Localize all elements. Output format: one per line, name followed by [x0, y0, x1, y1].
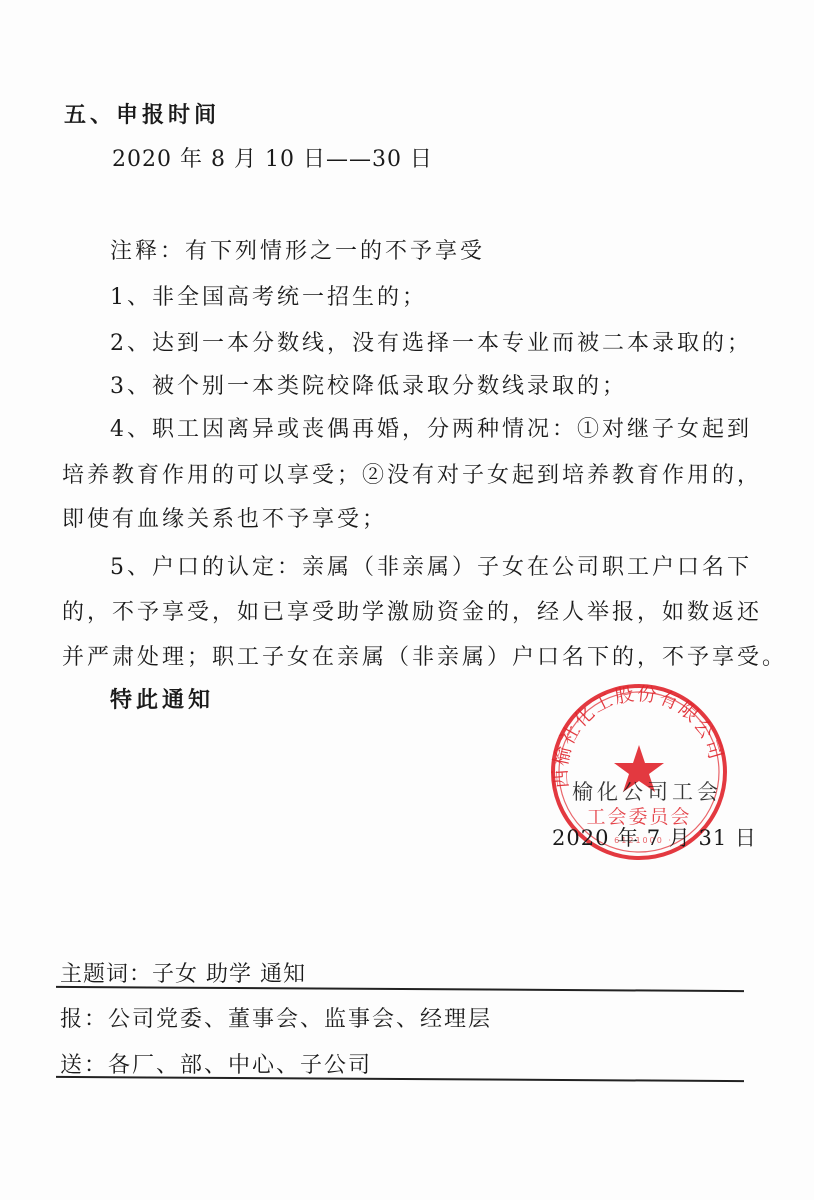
note-item-5-line-1: 5、户口的认定：亲属（非亲属）子女在公司职工户口名下	[110, 553, 752, 583]
svg-text:西榆社化工股份有限公司: 西榆社化工股份有限公司	[549, 683, 727, 789]
note-item-5-line-3: 并严肃处理；职工子女在亲属（非亲属）户口名下的，不予享受。	[62, 643, 787, 673]
signing-date: 2020 年 7 月 31 日	[552, 822, 757, 852]
stamp-outer-text: 西榆社化工股份有限公司	[549, 683, 727, 789]
note-item-1: 1、非全国高考统一招生的；	[110, 283, 427, 313]
signing-organization: 榆化公司工会	[572, 776, 722, 806]
notes-intro: 注释：有下列情形之一的不予享受	[110, 237, 485, 267]
note-item-4-line-2: 培养教育作用的可以享受；②没有对子女起到培养教育作用的，	[62, 461, 762, 491]
note-item-2: 2、达到一本分数线，没有选择一本专业而被二本录取的；	[110, 329, 752, 359]
section-heading: 五、申报时间	[64, 101, 220, 131]
note-item-3: 3、被个别一本类院校降低录取分数线录取的；	[110, 372, 627, 402]
report-to: 报：公司党委、董事会、监事会、经理层	[60, 1005, 492, 1035]
note-item-5-line-2: 的，不予享受，如已享受助学激励资金的，经人举报，如数返还	[62, 598, 762, 628]
note-item-4-line-3: 即使有血缘关系也不予享受；	[62, 505, 387, 535]
closing-remark: 特此通知	[110, 686, 214, 716]
note-item-4-line-1: 4、职工因离异或丧偶再婚，分两种情况：①对继子女起到	[110, 415, 752, 445]
application-date-range: 2020 年 8 月 10 日——30 日	[112, 145, 433, 175]
